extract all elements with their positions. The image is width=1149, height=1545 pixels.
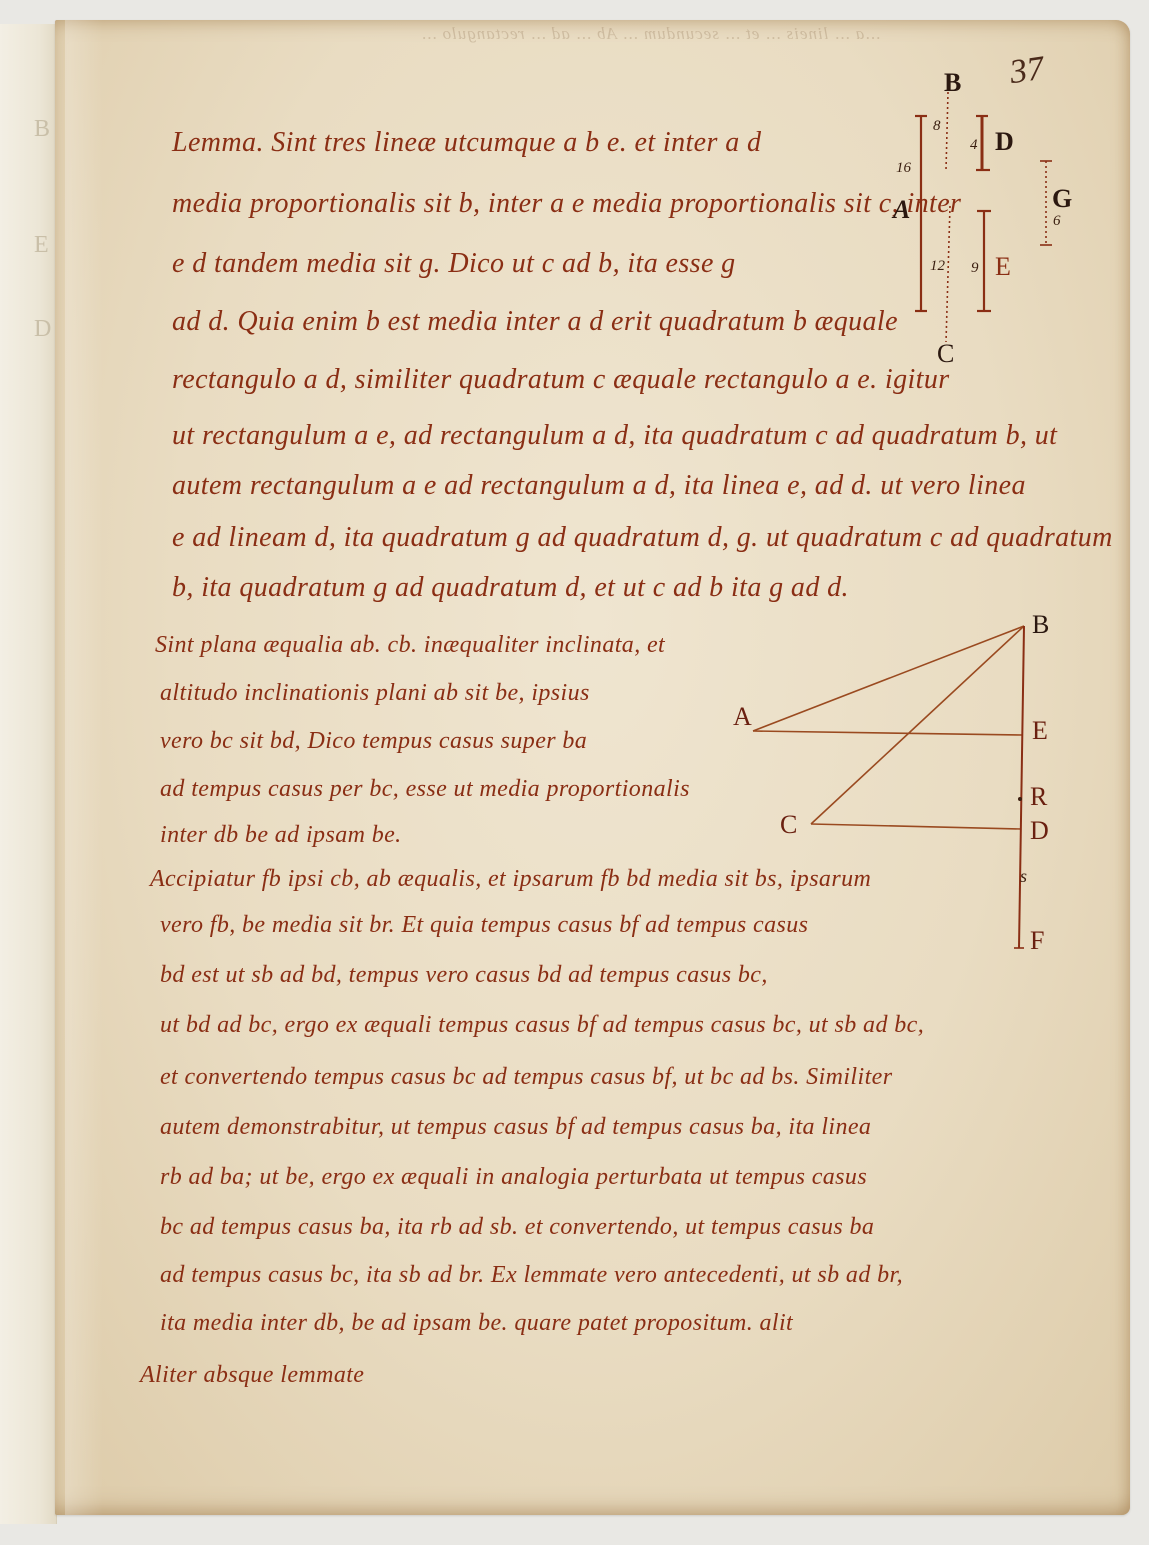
plane-label-e: E (1032, 716, 1048, 746)
plane-label-d: D (1030, 816, 1049, 846)
segment-bc-upper-length: 8 (933, 118, 941, 135)
plane-label-a: A (733, 702, 752, 732)
plane-label-s: s (1020, 866, 1027, 887)
segment-g-length: 6 (1053, 213, 1061, 230)
lemma-label-e: E (995, 252, 1011, 282)
segment-e-length: 9 (971, 260, 979, 277)
segment-a-length: 16 (896, 160, 911, 177)
lemma-label-g: G (1052, 184, 1072, 214)
plane-label-c: C (780, 810, 797, 840)
segment-d-length: 4 (970, 137, 978, 154)
lemma-figure-lines (0, 0, 1149, 1545)
lemma-label-d: D (995, 127, 1014, 157)
plane-label-r: R (1030, 782, 1047, 812)
lemma-label-a: A (893, 195, 910, 225)
lemma-label-c: C (937, 339, 954, 369)
segment-bc-lower-length: 12 (930, 258, 945, 275)
plane-label-b: B (1032, 610, 1049, 640)
lemma-label-b: B (944, 68, 961, 98)
plane-label-f: F (1030, 926, 1044, 956)
